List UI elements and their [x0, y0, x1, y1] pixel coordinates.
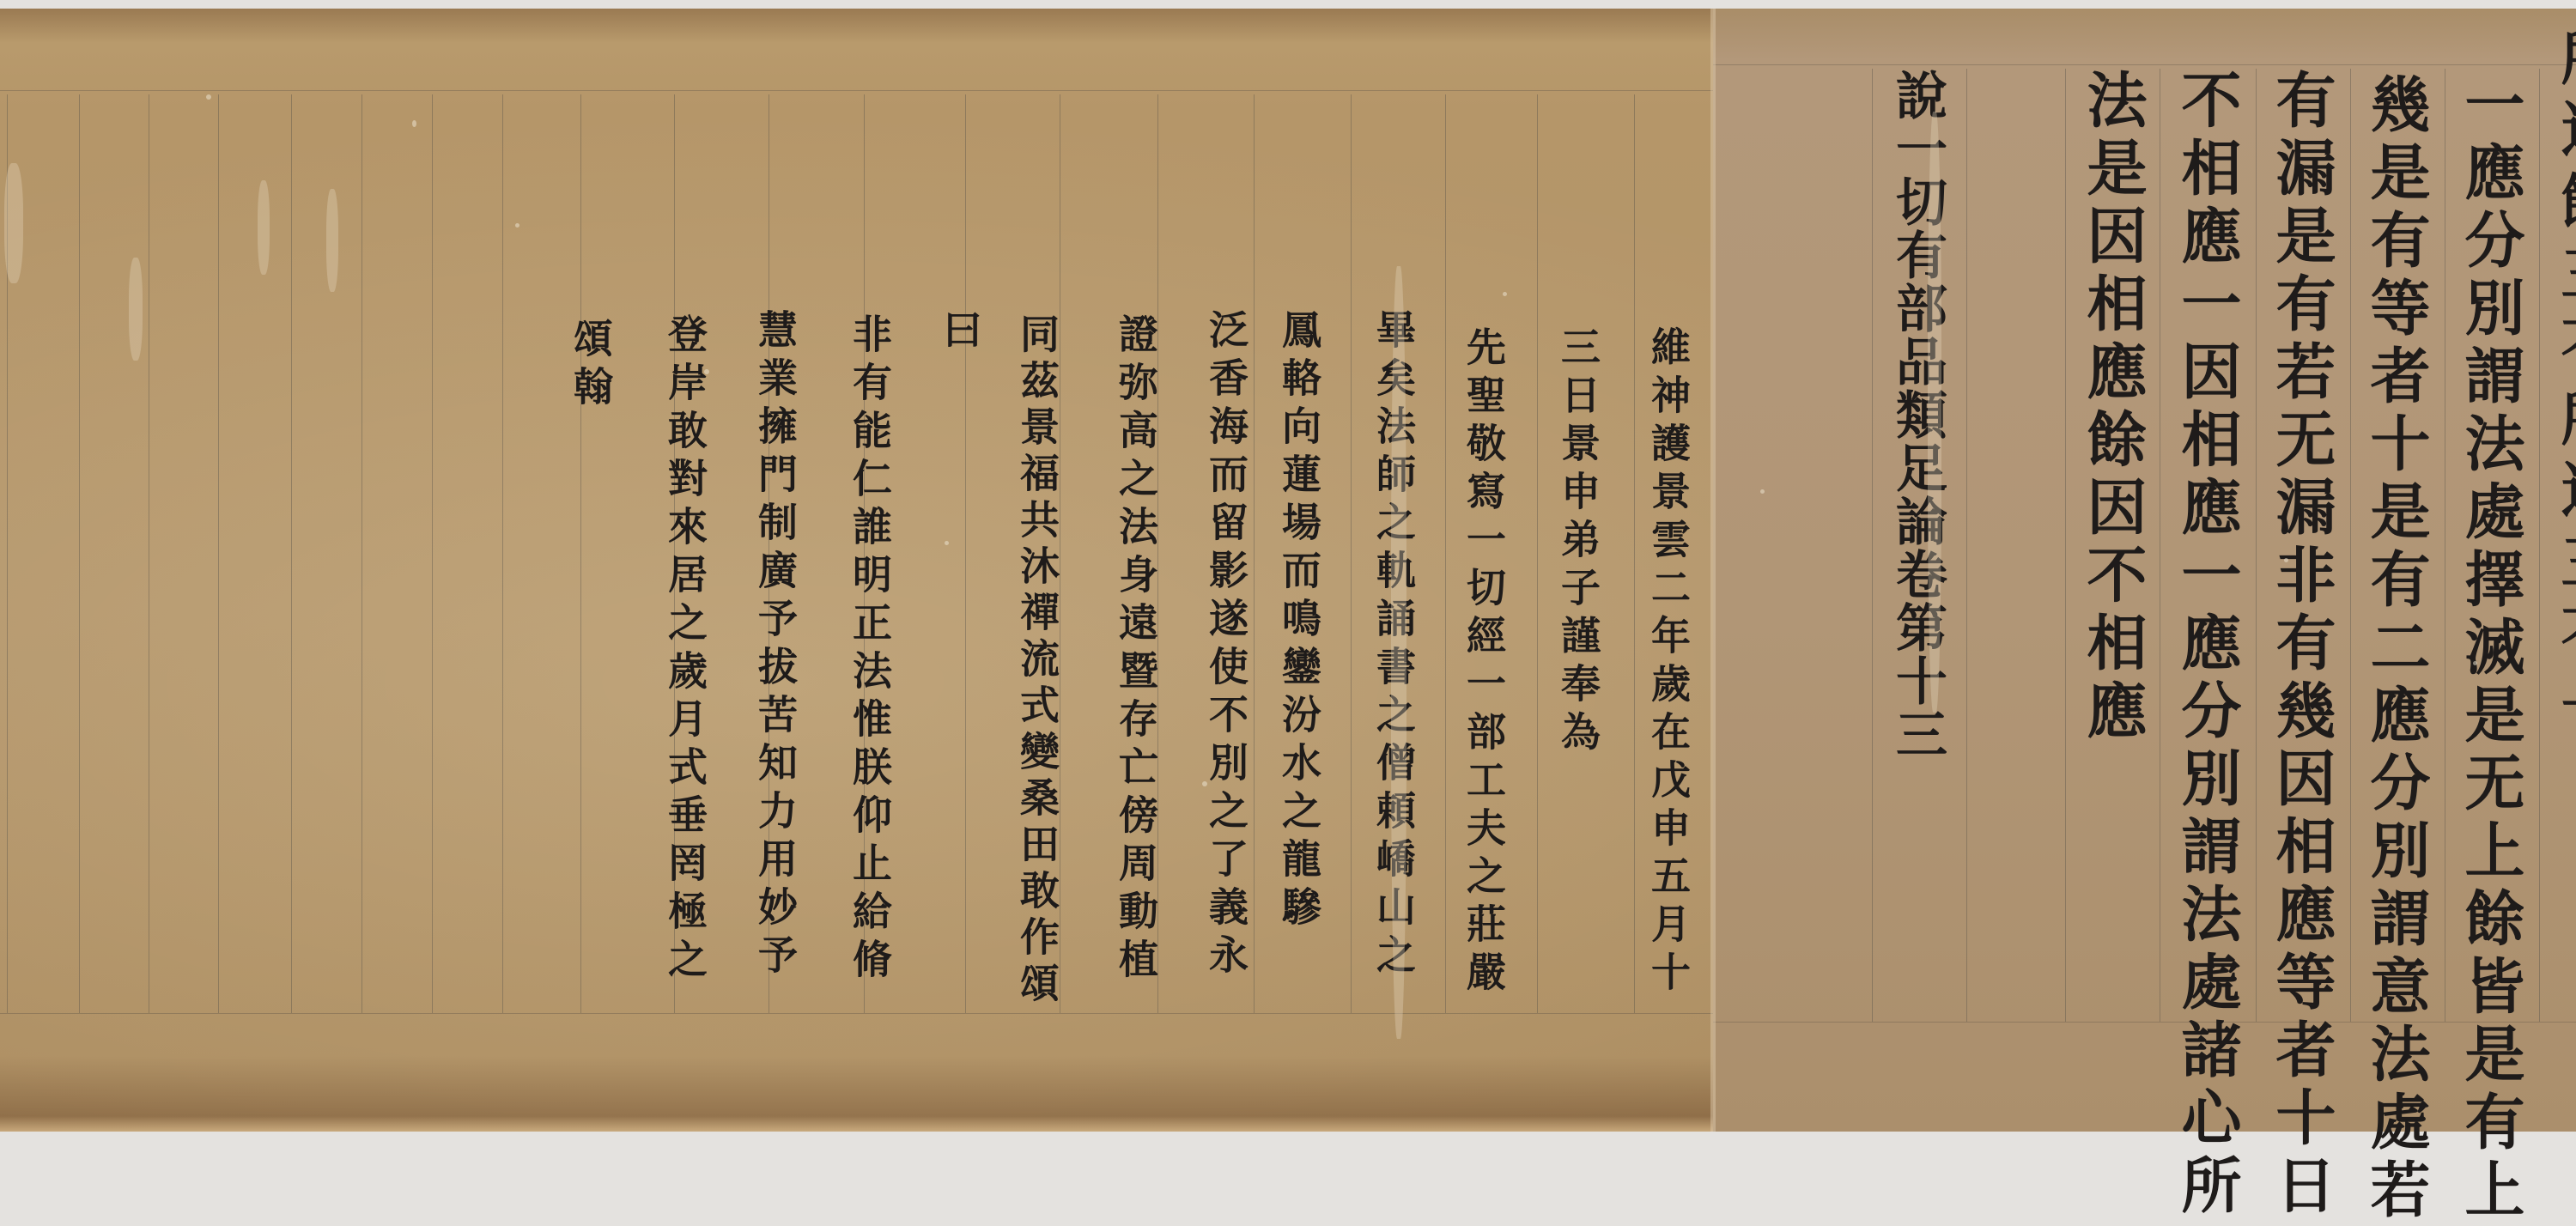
column-rule [2445, 69, 2445, 1022]
column-rule [1351, 94, 1352, 1013]
paper-speck [2473, 661, 2477, 665]
colophon-column: 鳳輅向蓮場而鳴鑾汾水之龍驂 [1271, 309, 1327, 934]
paper-wear [129, 258, 143, 361]
paper-wear [1928, 112, 1941, 713]
top-ruling-line [1713, 64, 2576, 65]
colophon-column: 非有能仁誰明正法惟朕仰止給脩 [841, 313, 898, 986]
column-rule [218, 94, 219, 1013]
paper-wear [258, 180, 270, 275]
column-rule [1872, 69, 1873, 1022]
sutra-column: 幾是有等者十是有二應分別謂意法處若 [2353, 73, 2439, 1140]
column-rule [149, 94, 149, 1013]
sutra-column: 不相應一因相應一應分別謂法處諸心所 [2164, 69, 2251, 1140]
sutra-column: 一應分別謂法處擇滅是无上餘皆是有上 [2447, 73, 2534, 1140]
paper-speck [945, 541, 949, 545]
sutra-column: 所道餘三不所道三不一 [2543, 26, 2576, 747]
column-rule [2256, 69, 2257, 1022]
column-rule [965, 94, 966, 1013]
column-rule [2160, 69, 2160, 1022]
colophon-column: 登岸敢對來居之歲月式垂罔極之 [657, 313, 714, 986]
colophon-column: 三日景申弟子謹奉為 [1550, 326, 1607, 759]
column-rule [1966, 69, 1967, 1022]
colophon-column: 慧業擁門制廣予拔苦知力用妙予 [747, 309, 804, 982]
colophon-column: 頌翰 [562, 318, 619, 414]
paper-speck [412, 120, 416, 127]
paper-wear [326, 189, 338, 292]
column-rule [432, 94, 433, 1013]
colophon-column: 曰 [932, 309, 988, 357]
paper-wear [1391, 266, 1406, 1039]
column-rule [502, 94, 503, 1013]
paper-speck [1760, 489, 1765, 494]
scroll-title-column: 說一切有部品類足論卷第十三 [1880, 69, 1954, 761]
colophon-column: 維神護景雲二年歲在戊申五月十 [1640, 326, 1697, 999]
paper-speck [1202, 781, 1207, 786]
column-rule [1445, 94, 1446, 1013]
scroll-paper: 所道餘三不所道三不一 一應分別謂法處擇滅是无上餘皆是有上 幾是有等者十是有二應分… [0, 9, 2576, 1132]
paper-speck [704, 369, 709, 374]
column-rule [291, 94, 292, 1013]
top-ruling-line [0, 90, 1713, 91]
sutra-column: 法是因相應餘因不相應 [2069, 69, 2156, 747]
colophon-column: 先聖敬寫一切經一部工夫之莊嚴 [1455, 326, 1512, 999]
sutra-column: 有漏是有若无漏非有幾因相應等者十日 [2258, 69, 2345, 1140]
column-rule [2065, 69, 2066, 1022]
column-rule [1537, 94, 1538, 1013]
colophon-column: 證弥高之法身遠暨存亡傍周動植 [1108, 313, 1164, 986]
column-rule [580, 94, 581, 1013]
column-rule [361, 94, 362, 1013]
colophon-column: 同茲景福共沐禪流式變桑田敢作頌 [1009, 313, 1066, 1009]
column-rule [79, 94, 80, 1013]
colophon-column: 泛香海而留影遂使不別之了義永 [1198, 309, 1255, 982]
column-rule [2350, 69, 2351, 1022]
paper-wear [4, 163, 23, 283]
paper-speck [515, 223, 519, 228]
paper-joint-seam [1710, 9, 1716, 1132]
bottom-ruling-line [0, 1013, 1713, 1014]
column-rule [1634, 94, 1635, 1013]
column-rule [2539, 69, 2540, 1022]
paper-speck [2284, 558, 2288, 562]
paper-speck [1503, 292, 1507, 296]
paper-speck [206, 94, 211, 100]
